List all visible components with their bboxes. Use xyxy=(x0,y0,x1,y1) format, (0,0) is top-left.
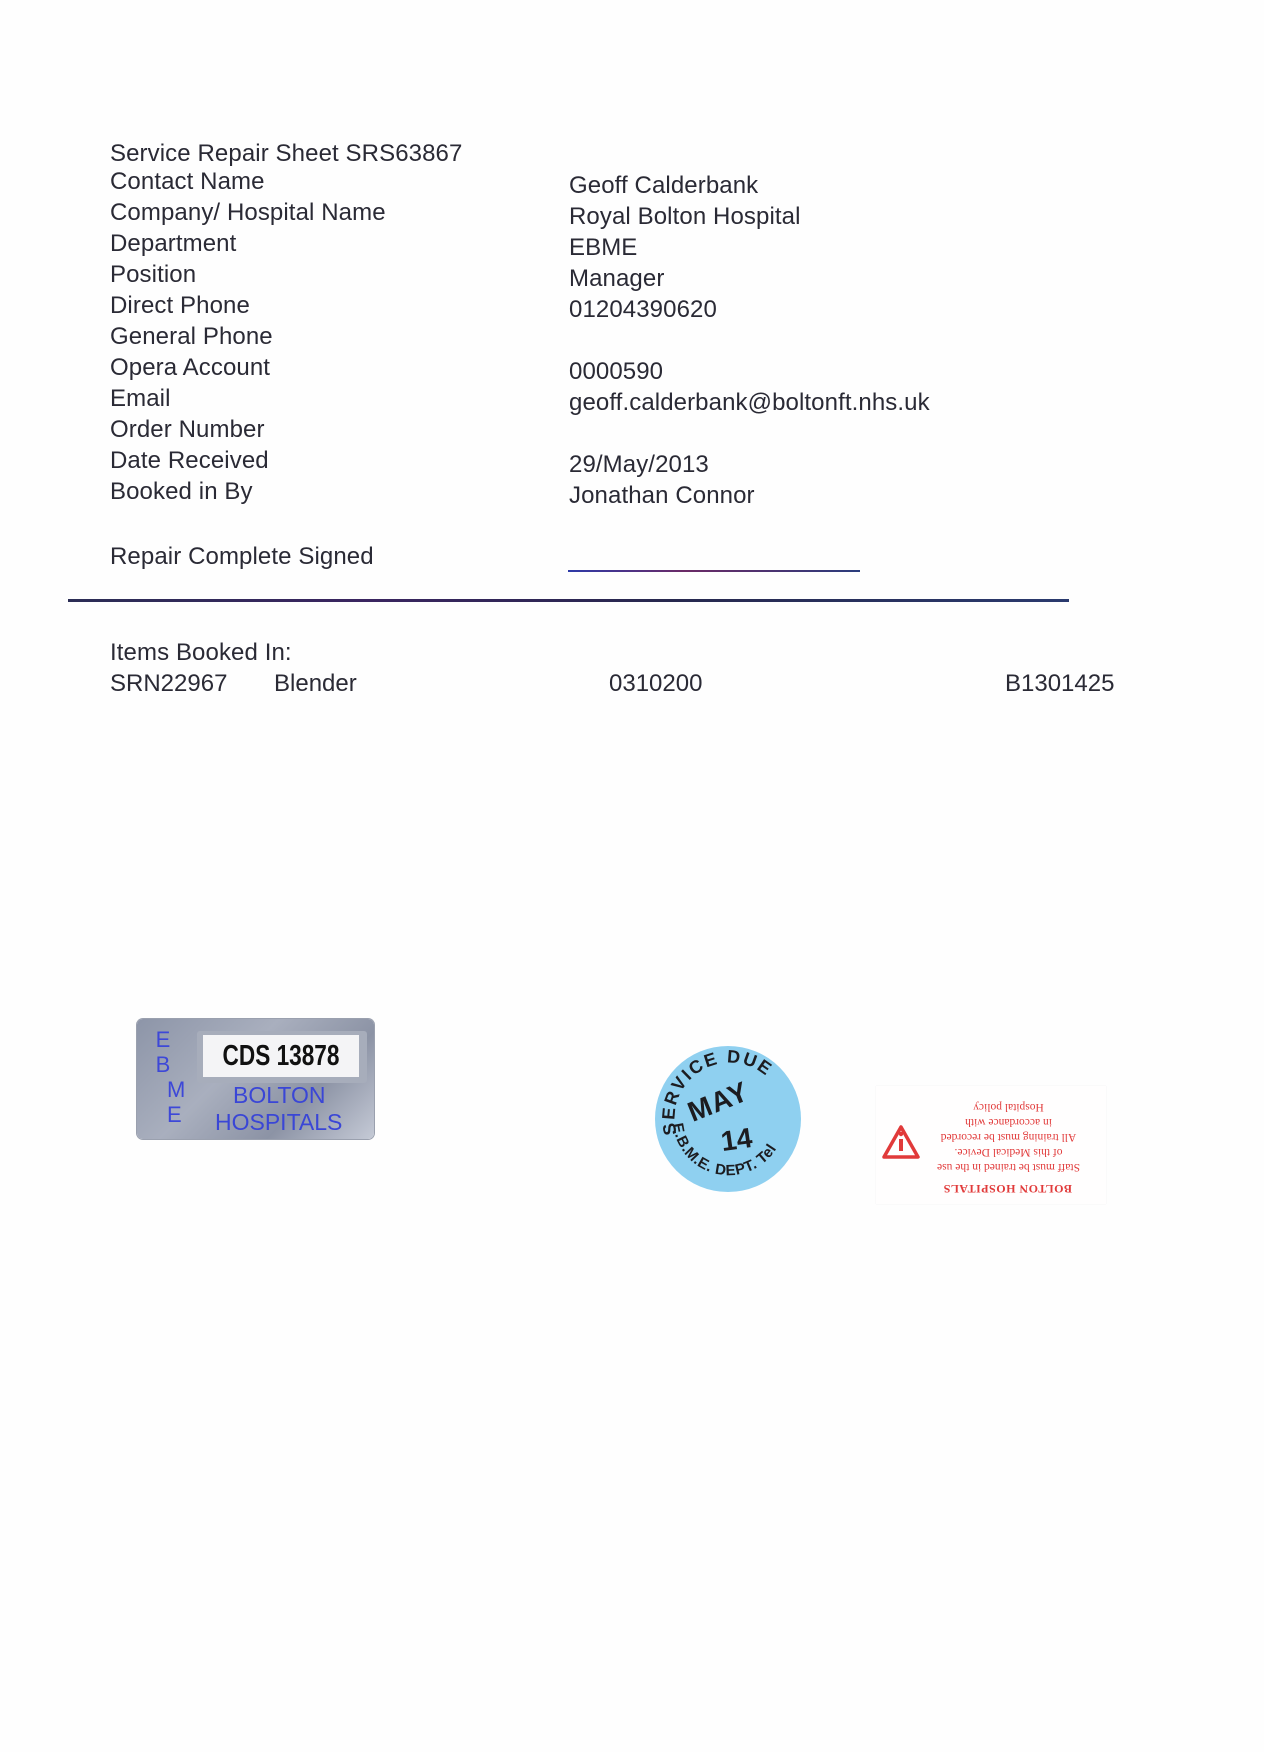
dept-letter: E xyxy=(167,1102,175,1127)
message-line: Staff must be trained in the use xyxy=(921,1159,1096,1174)
message-line: Hospital policy xyxy=(921,1099,1096,1114)
scanned-document-page: Service Repair Sheet SRS63867 Contact Na… xyxy=(0,0,1264,1752)
training-notice-sticker: BOLTON HOSPITALS Staff must be trained i… xyxy=(876,1086,1106,1204)
items-booked-in-heading: Items Booked In: xyxy=(110,637,292,668)
training-notice-brand: BOLTON HOSPITALS xyxy=(943,1181,1072,1196)
field-label-date-received: Date Received xyxy=(110,445,269,476)
field-label-opera-account: Opera Account xyxy=(110,352,270,383)
message-line: in accordance with xyxy=(921,1114,1096,1129)
dept-letter: M xyxy=(167,1077,175,1102)
field-label-contact-name: Contact Name xyxy=(110,166,265,197)
item-serial: B1301425 xyxy=(1005,668,1114,699)
field-value-department: EBME xyxy=(569,232,637,263)
field-value-position: Manager xyxy=(569,263,664,294)
field-value-opera-account: 0000590 xyxy=(569,356,663,387)
training-notice-message: Staff must be trained in the use of this… xyxy=(921,1099,1096,1174)
field-label-order-number: Order Number xyxy=(110,414,265,445)
item-code: 0310200 xyxy=(609,668,702,699)
field-value-direct-phone: 01204390620 xyxy=(569,294,717,325)
sheet-title: Service Repair Sheet SRS63867 xyxy=(110,138,462,169)
field-label-direct-phone: Direct Phone xyxy=(110,290,250,321)
asset-org-line2: HOSPITALS xyxy=(215,1110,342,1135)
service-due-sticker: SERVICE DUE E.B.M.E. DEPT. Tel 5621 MAY … xyxy=(655,1046,801,1192)
field-value-contact-name: Geoff Calderbank xyxy=(569,170,758,201)
service-due-year: 14 xyxy=(719,1122,754,1158)
dept-letters: E B M E xyxy=(151,1027,175,1127)
field-label-company: Company/ Hospital Name xyxy=(110,197,386,228)
item-description: Blender xyxy=(274,668,357,699)
field-label-booked-in-by: Booked in By xyxy=(110,476,253,507)
asset-tag-sticker: E B M E CDS 13878 BOLTON HOSPITALS xyxy=(137,1019,374,1139)
field-label-position: Position xyxy=(110,259,196,290)
message-line: All training must be recorded xyxy=(921,1129,1096,1144)
field-value-booked-in-by: Jonathan Connor xyxy=(569,480,755,511)
repair-complete-signed-label: Repair Complete Signed xyxy=(110,541,374,572)
dept-letter: E xyxy=(151,1027,175,1052)
dept-letter: B xyxy=(151,1052,175,1077)
asset-org-line1: BOLTON xyxy=(233,1083,325,1108)
field-label-general-phone: General Phone xyxy=(110,321,273,352)
field-value-date-received: 29/May/2013 xyxy=(569,449,709,480)
field-value-company: Royal Bolton Hospital xyxy=(569,201,801,232)
item-ref: SRN22967 xyxy=(110,668,227,699)
field-value-email: geoff.calderbank@boltonft.nhs.uk xyxy=(569,387,930,418)
warning-info-triangle-icon xyxy=(882,1124,920,1160)
field-label-department: Department xyxy=(110,228,236,259)
message-line: of this Medical Device. xyxy=(921,1144,1096,1159)
asset-code: CDS 13878 xyxy=(203,1035,359,1077)
service-due-arc-text: SERVICE DUE E.B.M.E. DEPT. Tel 5621 xyxy=(655,1046,801,1192)
field-label-email: Email xyxy=(110,383,171,414)
signature-line xyxy=(568,570,860,572)
section-divider xyxy=(68,599,1069,602)
